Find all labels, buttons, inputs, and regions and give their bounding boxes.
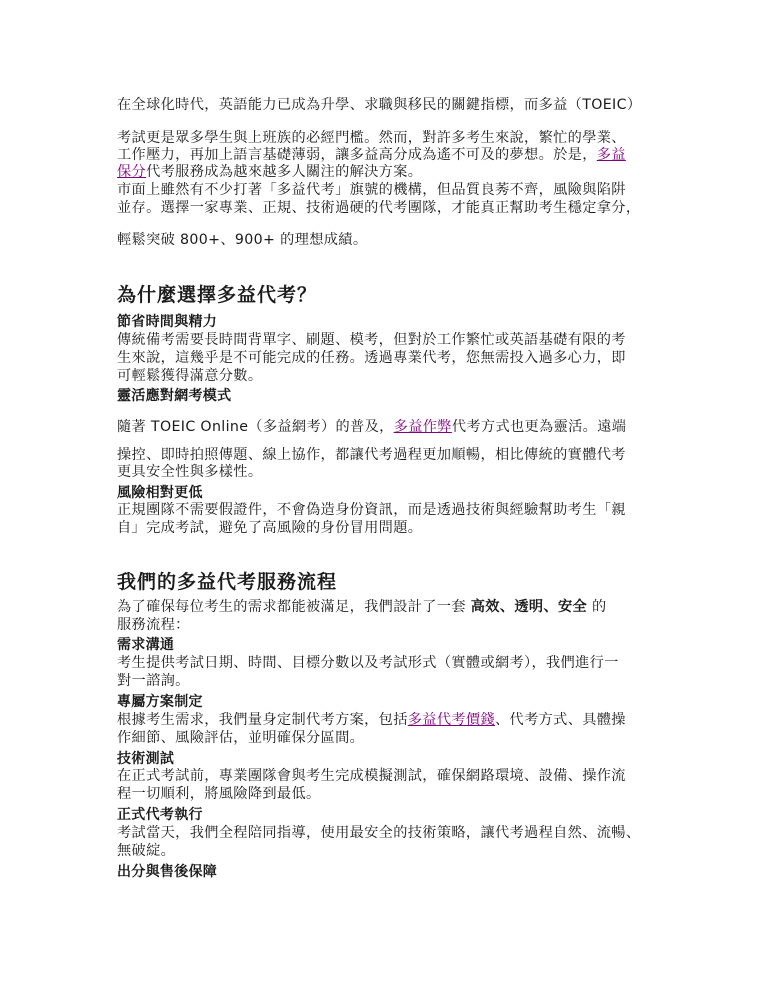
- step-heading-needs: 需求溝通: [117, 634, 174, 654]
- paragraph-line: 傳統備考需要長時間背單字、刷題、模考，但對於工作繁忙或英語基礎有限的考: [117, 330, 626, 350]
- link-toeic-guarantee-part1[interactable]: 多益: [597, 147, 626, 163]
- paragraph-text: 隨著 TOEIC Online（多益網考）的普及，: [117, 419, 394, 435]
- paragraph-line: 在正式考試前，專業團隊會與考生完成模擬測試，確保網路環境、設備、操作流: [117, 766, 626, 786]
- paragraph-text: 為了確保每位考生的需求都能被滿足，我們設計了一套: [117, 599, 471, 615]
- paragraph-line: 生來說，這幾乎是不可能完成的任務。透過專業代考，您無需投入過多心力，即: [117, 348, 626, 368]
- intro-line-1: 在全球化時代，英語能力已成為升學、求職與移民的關鍵指標，而多益（TOEIC）: [117, 95, 641, 115]
- step-heading-aftersales: 出分與售後保障: [117, 861, 217, 881]
- paragraph-line: 可輕鬆獲得滿意分數。: [117, 366, 262, 386]
- paragraph-line: 無破綻。: [117, 841, 175, 861]
- intro-line-4-text: 代考服務成為越來越多人關注的解決方案。: [146, 164, 422, 180]
- link-toeic-cheating[interactable]: 多益作弊: [394, 419, 452, 435]
- paragraph-line: 自」完成考試，避免了高風險的身份冒用問題。: [117, 518, 422, 538]
- paragraph-line: 程一切順利，將風險降到最低。: [117, 784, 321, 804]
- paragraph-line: 更具安全性與多樣性。: [117, 462, 262, 482]
- step-heading-tech-test: 技術測試: [117, 748, 174, 768]
- paragraph-line: 考試當天，我們全程陪同指導，使用最安全的技術策略，讓代考過程自然、流暢、: [117, 823, 640, 843]
- paragraph-text: 的: [587, 599, 606, 615]
- link-toeic-guarantee-part2[interactable]: 保分: [117, 164, 146, 180]
- paragraph-line: 正規團隊不需要假證件，不會偽造身份資訊，而是透過技術與經驗幫助考生「親: [117, 500, 626, 520]
- intro-line-3-text: 工作壓力，再加上語言基礎薄弱，讓多益高分成為遙不可及的夢想。於是，: [117, 147, 597, 163]
- section-heading-why: 為什麼選擇多益代考？: [117, 280, 317, 307]
- step-heading-plan: 專屬方案制定: [117, 691, 203, 711]
- intro-line-4: 保分代考服務成為越來越多人關注的解決方案。: [117, 162, 422, 182]
- subheading-online-mode: 靈活應對網考模式: [117, 385, 231, 405]
- process-intro-line-1: 為了確保每位考生的需求都能被滿足，我們設計了一套 高效、透明、安全 的: [117, 597, 606, 617]
- paragraph-line: 考生提供考試日期、時間、目標分數以及考試形式（實體或網考），我們進行一: [117, 653, 619, 673]
- subheading-save-time: 節省時間與精力: [117, 311, 217, 331]
- paragraph-line: 根據考生需求，我們量身定制代考方案，包括多益代考價錢、代考方式、具體操: [117, 710, 626, 730]
- section-heading-process: 我們的多益代考服務流程: [117, 567, 337, 594]
- paragraph-text: 代考方式也更為靈活。遠端: [452, 419, 626, 435]
- step-heading-execution: 正式代考執行: [117, 804, 203, 824]
- intro-line-5: 市面上雖然有不少打著「多益代考」旗號的機構，但品質良莠不齊，風險與陷阱: [117, 180, 626, 200]
- bold-highlight: 高效、透明、安全: [471, 599, 587, 615]
- intro-line-7: 輕鬆突破 800+、900+ 的理想成績。: [117, 230, 367, 250]
- process-intro-line-2: 服務流程：: [117, 615, 190, 635]
- paragraph-text: 、代考方式、具體操: [495, 712, 626, 728]
- paragraph-line: 作細節、風險評估，並明確保分區間。: [117, 728, 364, 748]
- paragraph-line: 對一諮詢。: [117, 671, 190, 691]
- subheading-lower-risk: 風險相對更低: [117, 482, 203, 502]
- paragraph-text: 根據考生需求，我們量身定制代考方案，包括: [117, 712, 408, 728]
- intro-line-6: 並存。選擇一家專業、正規、技術過硬的代考團隊，才能真正幫助考生穩定拿分，: [117, 198, 640, 218]
- paragraph-line: 隨著 TOEIC Online（多益網考）的普及，多益作弊代考方式也更為靈活。遠…: [117, 417, 626, 437]
- link-toeic-price[interactable]: 多益代考價錢: [408, 712, 495, 728]
